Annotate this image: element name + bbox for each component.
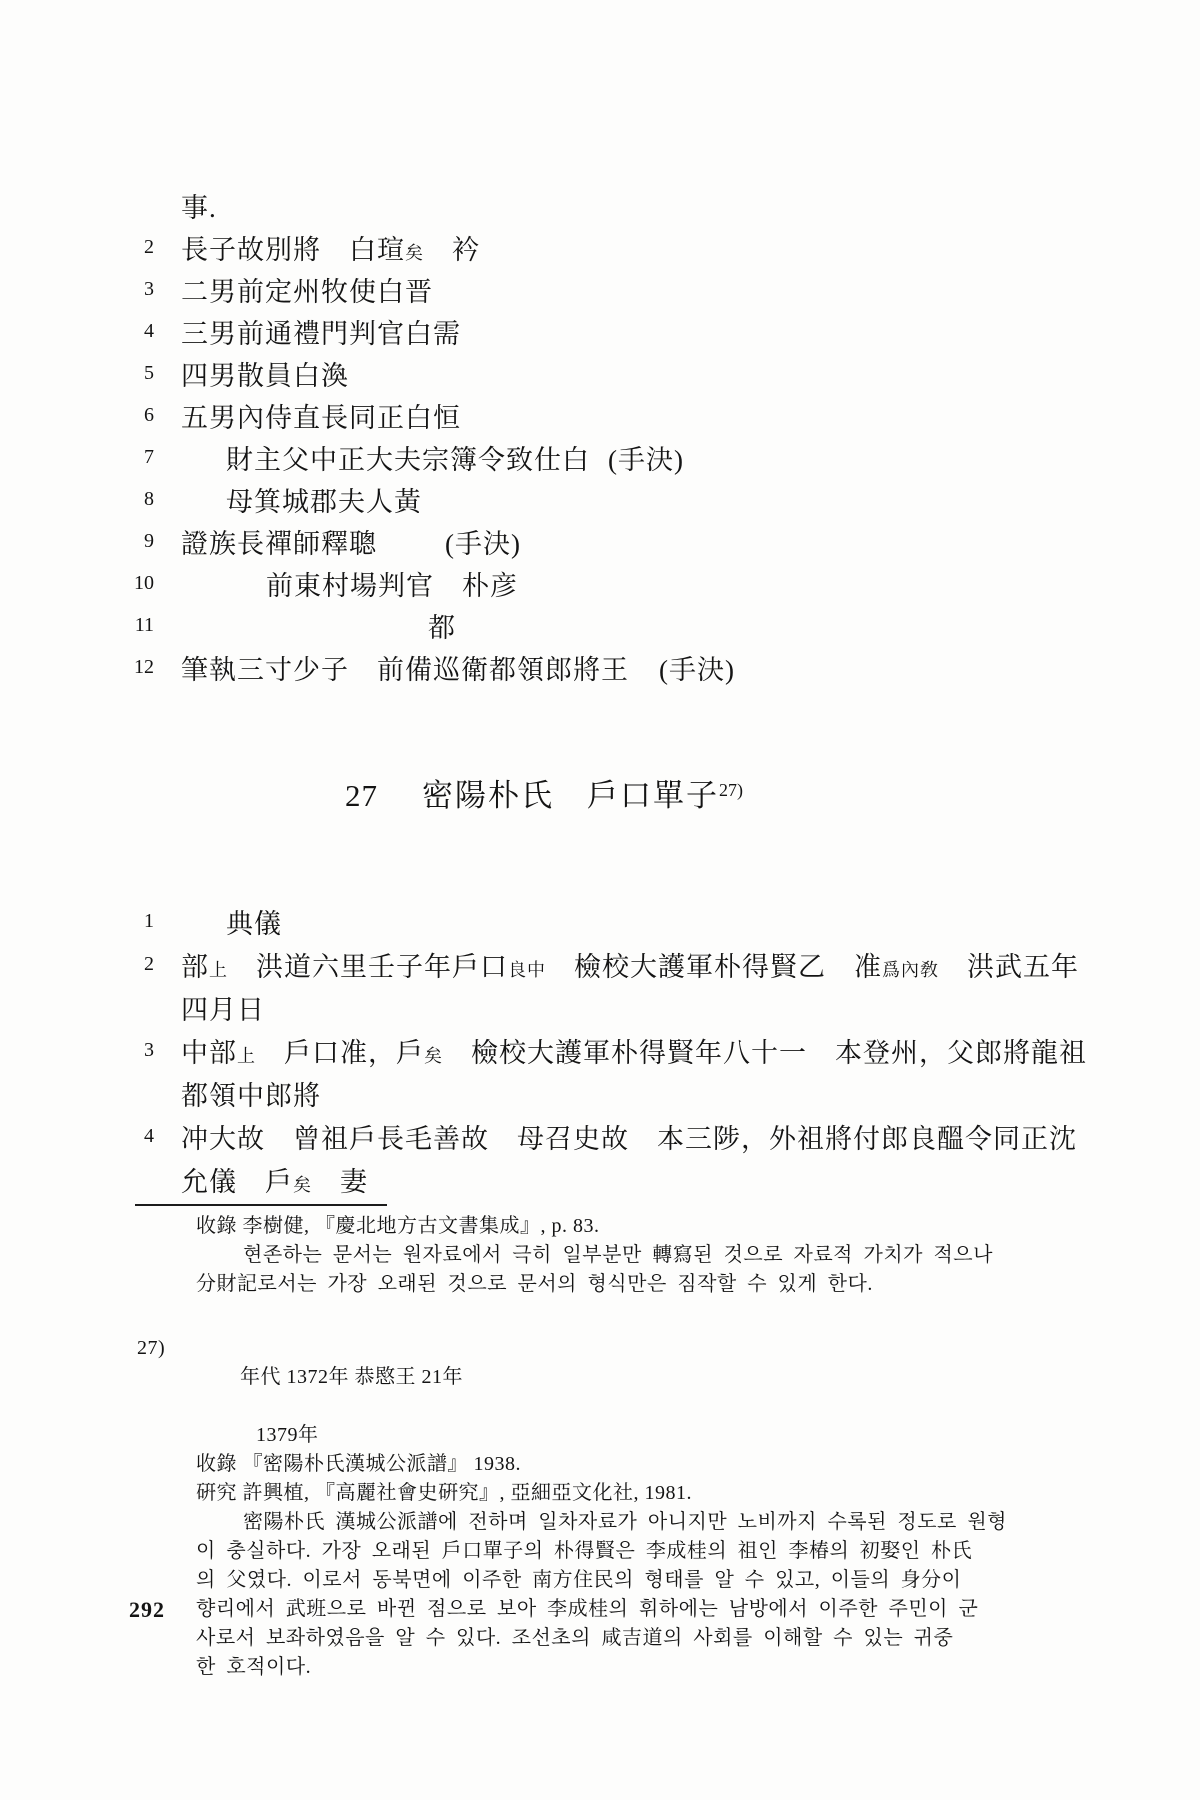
doc-item: 3 中部上 戶口准，戶矣 檢校大護軍朴得賢年八十一 本登州，父郎將龍祖 <box>0 1029 1200 1072</box>
document-27-transcription: 1 典儀 2 部上 洪道六里壬子年戶口良中 檢校大護軍朴得賢乙 准爲內敎 洪武五… <box>0 900 1200 1201</box>
doc-item: 2 長子故別將 白瑄矣 衿 <box>0 226 1200 268</box>
doc-item: 12 筆執三寸少子 前備巡衛都領郎將王(手決) <box>0 646 1200 688</box>
item-number: 3 <box>118 1039 154 1062</box>
doc-item: 1 典儀 <box>0 900 1200 943</box>
signature-mark: (手決) <box>445 522 521 561</box>
continuation-line: 事. <box>0 184 1200 226</box>
item-number: 6 <box>118 404 154 427</box>
footnote-line: 1379年 <box>0 1421 1200 1450</box>
item-number: 2 <box>118 953 154 976</box>
footnote-line: 이 충실하다. 가장 오래된 戶口單子의 朴得賢은 李成桂의 祖인 李椿의 初娶… <box>0 1537 1200 1566</box>
item-text: 財主父中正大夫宗簿令致仕白(手決) <box>0 438 684 477</box>
item-number: 9 <box>118 530 154 553</box>
item-number: 12 <box>118 656 154 679</box>
item-text: 四男散員白渙 <box>0 354 349 393</box>
footnote-27: 27) 年代 1372年 恭愍王 21年 1379年 收錄 『密陽朴氏漢城公派譜… <box>0 1305 1200 1682</box>
item-number: 11 <box>118 614 154 637</box>
line-text: 都領中郎將 <box>0 1074 321 1113</box>
doc-item: 6 五男內侍直長同正白恒 <box>0 394 1200 436</box>
item-number: 4 <box>118 1125 154 1148</box>
footnote-line: 향리에서 武班으로 바뀐 점으로 보아 李成桂의 휘하에는 남방에서 이주한 주… <box>0 1595 1200 1624</box>
line-text: 允儀 戶矣 妻 <box>0 1160 368 1199</box>
doc-item: 9 證族長禪師釋聰(手決) <box>0 520 1200 562</box>
idu-small-script: 上 <box>209 956 228 984</box>
doc-item: 7 財主父中正大夫宗簿令致仕白(手決) <box>0 436 1200 478</box>
doc-item: 3 二男前定州牧使白晋 <box>0 268 1200 310</box>
doc-item: 5 四男散員白渙 <box>0 352 1200 394</box>
doc-item: 8 母箕城郡夫人黃 <box>0 478 1200 520</box>
doc-item: 4 三男前通禮門判官白需 <box>0 310 1200 352</box>
footnote-line: 의 父였다. 이로서 동북면에 이주한 南方住民의 형태를 알 수 있고, 이들… <box>0 1566 1200 1595</box>
footnote-line: 27) 年代 1372年 恭愍王 21年 <box>0 1305 1200 1421</box>
idu-small-script: 上 <box>237 1042 256 1070</box>
section-heading: 27 密陽朴氏 戶口單子27) <box>345 770 743 815</box>
item-number: 1 <box>118 910 154 933</box>
item-number: 2 <box>118 236 154 259</box>
continuation-line: 四月日 <box>0 986 1200 1029</box>
line-text: 事. <box>0 186 217 225</box>
item-number: 3 <box>118 278 154 301</box>
item-text: 筆執三寸少子 前備巡衛都領郎將王(手決) <box>0 648 735 687</box>
idu-small-script: 矣 <box>293 1171 312 1199</box>
continuation-line: 允儀 戶矣 妻 <box>0 1158 1200 1201</box>
item-text: 長子故別將 白瑄矣 衿 <box>0 228 480 267</box>
item-text: 前東村場判官 朴彦 <box>0 564 518 603</box>
signature-mark: (手決) <box>608 438 684 477</box>
footnote-line: 硏究 許興植, 『高麗社會史硏究』, 亞細亞文化社, 1981. <box>0 1479 1200 1508</box>
footnote-line: 密陽朴氏 漢城公派譜에 전하며 일차자료가 아니지만 노비까지 수록된 정도로 … <box>0 1508 1200 1537</box>
signature-mark: (手決) <box>659 648 735 687</box>
item-number: 5 <box>118 362 154 385</box>
doc-item: 4 冲大故 曾祖戶長毛善故 母召史故 本三陟，外祖將付郎良醞令同正沈 <box>0 1115 1200 1158</box>
footnote-line: 收錄 李樹健, 『慶北地方古文書集成』, p. 83. <box>0 1212 1200 1241</box>
footnote-number: 27) <box>137 1334 165 1363</box>
item-number: 10 <box>118 572 154 595</box>
idu-small-script: 矣 <box>424 1042 443 1070</box>
idu-small-script: 矣 <box>405 239 424 267</box>
continuation-line: 都領中郎將 <box>0 1072 1200 1115</box>
line-text: 四月日 <box>0 988 265 1027</box>
idu-small-script: 良中 <box>508 956 546 984</box>
item-text: 中部上 戶口准，戶矣 檢校大護軍朴得賢年八十一 本登州，父郎將龍祖 <box>0 1031 1087 1070</box>
doc-item: 10 前東村場判官 朴彦 <box>0 562 1200 604</box>
doc-item: 11 都 <box>0 604 1200 646</box>
item-text: 三男前通禮門判官白需 <box>0 312 461 351</box>
idu-small-script: 爲內敎 <box>882 956 939 984</box>
footnote-line: 사로서 보좌하였음을 알 수 있다. 조선초의 咸吉道의 사회를 이해할 수 있… <box>0 1624 1200 1653</box>
item-number: 4 <box>118 320 154 343</box>
document-26-transcription: 事. 2 長子故別將 白瑄矣 衿 3 二男前定州牧使白晋 4 三男前通禮門判官白… <box>0 184 1200 688</box>
scanned-book-page: 事. 2 長子故別將 白瑄矣 衿 3 二男前定州牧使白晋 4 三男前通禮門判官白… <box>0 0 1200 1800</box>
item-number: 7 <box>118 446 154 469</box>
item-text: 母箕城郡夫人黃 <box>0 480 422 519</box>
footnote-line: 收錄 『密陽朴氏漢城公派譜』 1938. <box>0 1450 1200 1479</box>
footnote-section: 收錄 李樹健, 『慶北地方古文書集成』, p. 83. 현존하는 문서는 원자료… <box>0 1204 1200 1682</box>
footnote-26: 收錄 李樹健, 『慶北地方古文書集成』, p. 83. 현존하는 문서는 원자료… <box>0 1212 1200 1299</box>
item-text: 二男前定州牧使白晋 <box>0 270 433 309</box>
item-text: 都 <box>0 606 456 645</box>
section-number: 27 <box>345 778 378 814</box>
footnote-divider <box>135 1204 387 1206</box>
item-text: 五男內侍直長同正白恒 <box>0 396 461 435</box>
footnote-line: 分財記로서는 가장 오래된 것으로 문서의 형식만은 짐작할 수 있게 한다. <box>0 1270 1200 1299</box>
doc-item: 2 部上 洪道六里壬子年戶口良中 檢校大護軍朴得賢乙 准爲內敎 洪武五年 <box>0 943 1200 986</box>
item-number: 8 <box>118 488 154 511</box>
item-text: 冲大故 曾祖戶長毛善故 母召史故 本三陟，外祖將付郎良醞令同正沈 <box>0 1117 1077 1156</box>
page-number: 292 <box>129 1597 165 1623</box>
footnote-line: 현존하는 문서는 원자료에서 극히 일부분만 轉寫된 것으로 자료적 가치가 적… <box>0 1241 1200 1270</box>
footnote-reference: 27) <box>719 780 743 801</box>
item-text: 部上 洪道六里壬子年戶口良中 檢校大護軍朴得賢乙 准爲內敎 洪武五年 <box>0 945 1079 984</box>
item-text: 證族長禪師釋聰(手決) <box>0 522 521 561</box>
footnote-line: 한 호적이다. <box>0 1653 1200 1682</box>
section-title: 密陽朴氏 戶口單子27) <box>422 770 743 815</box>
